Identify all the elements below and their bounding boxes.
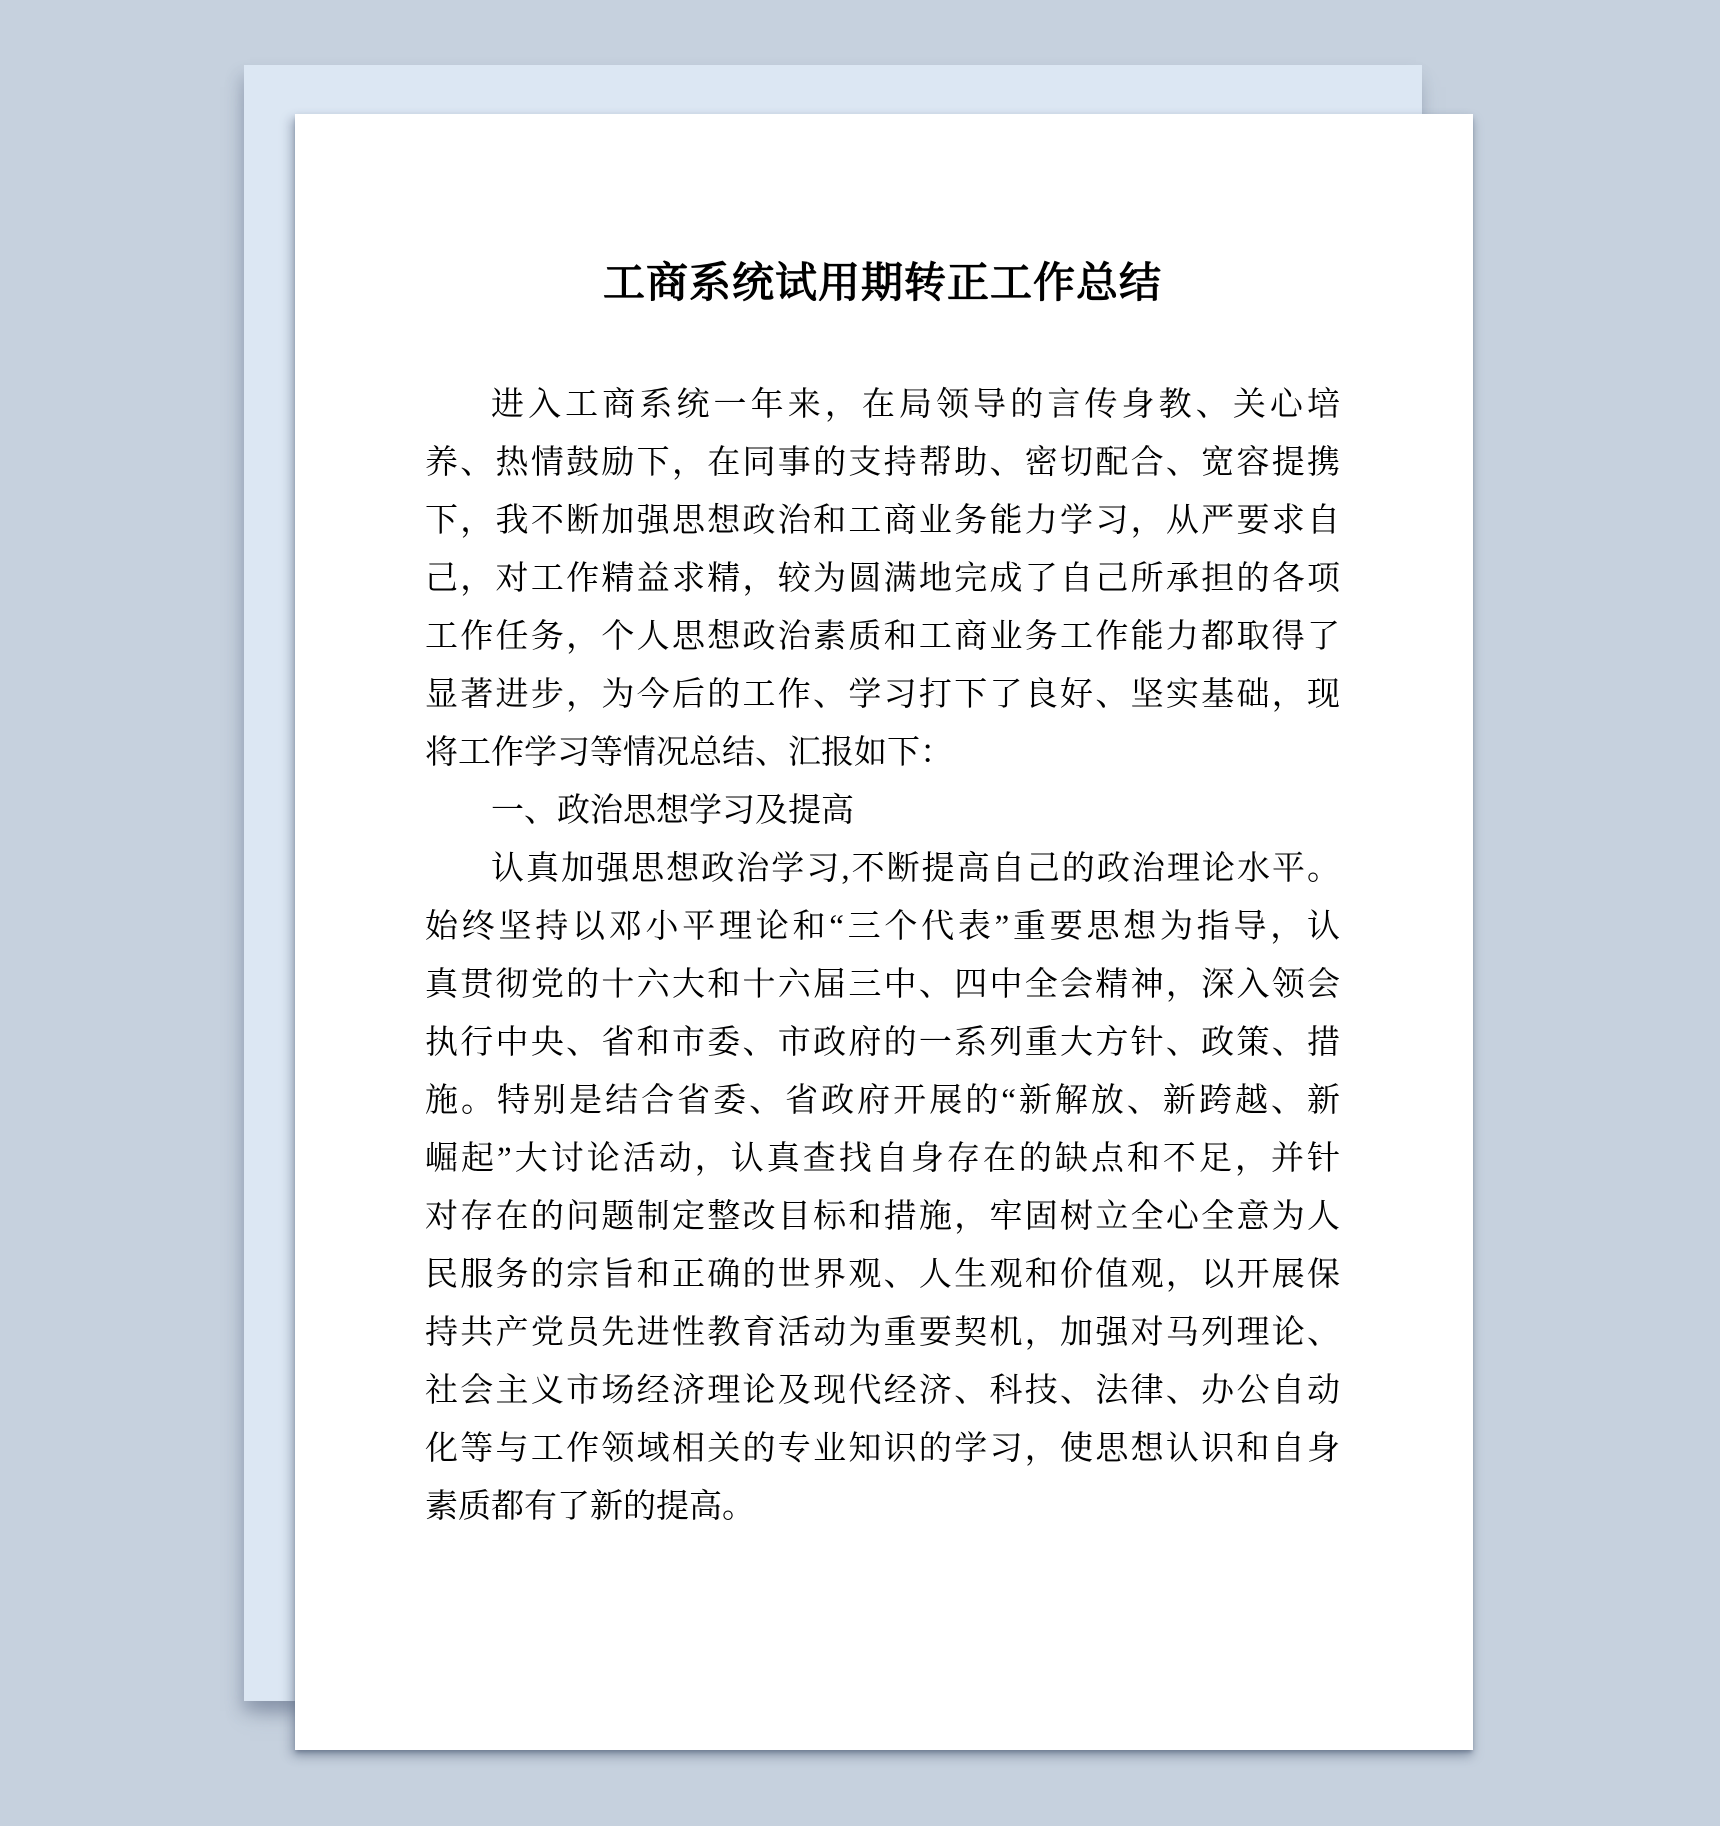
text-line: 己，对工作精益求精，较为圆满地完成了自己所承担的各项 <box>425 550 1340 608</box>
text-line: 显著进步，为今后的工作、学习打下了良好、坚实基础，现 <box>425 666 1340 724</box>
text-line: 施。特别是结合省委、省政府开展的“新解放、新跨越、新 <box>425 1072 1340 1130</box>
document-title: 工商系统试用期转正工作总结 <box>425 114 1340 304</box>
text-line: 对存在的问题制定整改目标和措施，牢固树立全心全意为人 <box>425 1188 1340 1246</box>
text-line: 养、热情鼓励下，在同事的支持帮助、密切配合、宽容提携 <box>425 434 1340 492</box>
text-line: 一、政治思想学习及提高 <box>425 782 1340 840</box>
text-line: 素质都有了新的提高。 <box>425 1478 1340 1536</box>
document-canvas: 工商系统试用期转正工作总结 进入工商系统一年来，在局领导的言传身教、关心培养、热… <box>0 0 1720 1826</box>
text-line: 社会主义市场经济理论及现代经济、科技、法律、办公自动 <box>425 1362 1340 1420</box>
text-line: 持共产党员先进性教育活动为重要契机，加强对马列理论、 <box>425 1304 1340 1362</box>
text-line: 进入工商系统一年来，在局领导的言传身教、关心培 <box>425 376 1340 434</box>
paragraph: 认真加强思想政治学习,不断提高自己的政治理论水平。始终坚持以邓小平理论和“三个代… <box>425 840 1340 1536</box>
text-line: 化等与工作领域相关的专业知识的学习，使思想认识和自身 <box>425 1420 1340 1478</box>
text-line: 民服务的宗旨和正确的世界观、人生观和价值观，以开展保 <box>425 1246 1340 1304</box>
text-line: 下，我不断加强思想政治和工商业务能力学习，从严要求自 <box>425 492 1340 550</box>
text-line: 始终坚持以邓小平理论和“三个代表”重要思想为指导，认 <box>425 898 1340 956</box>
paragraph: 进入工商系统一年来，在局领导的言传身教、关心培养、热情鼓励下，在同事的支持帮助、… <box>425 376 1340 782</box>
text-line: 崛起”大讨论活动，认真查找自身存在的缺点和不足，并针 <box>425 1130 1340 1188</box>
text-line: 真贯彻党的十六大和十六届三中、四中全会精神，深入领会 <box>425 956 1340 1014</box>
text-line: 认真加强思想政治学习,不断提高自己的政治理论水平。 <box>425 840 1340 898</box>
text-line: 将工作学习等情况总结、汇报如下： <box>425 724 1340 782</box>
text-line: 执行中央、省和市委、市政府的一系列重大方针、政策、措 <box>425 1014 1340 1072</box>
document-page: 工商系统试用期转正工作总结 进入工商系统一年来，在局领导的言传身教、关心培养、热… <box>295 114 1473 1750</box>
section-heading: 一、政治思想学习及提高 <box>425 782 1340 840</box>
text-line: 工作任务，个人思想政治素质和工商业务工作能力都取得了 <box>425 608 1340 666</box>
document-body: 进入工商系统一年来，在局领导的言传身教、关心培养、热情鼓励下，在同事的支持帮助、… <box>425 376 1340 1536</box>
